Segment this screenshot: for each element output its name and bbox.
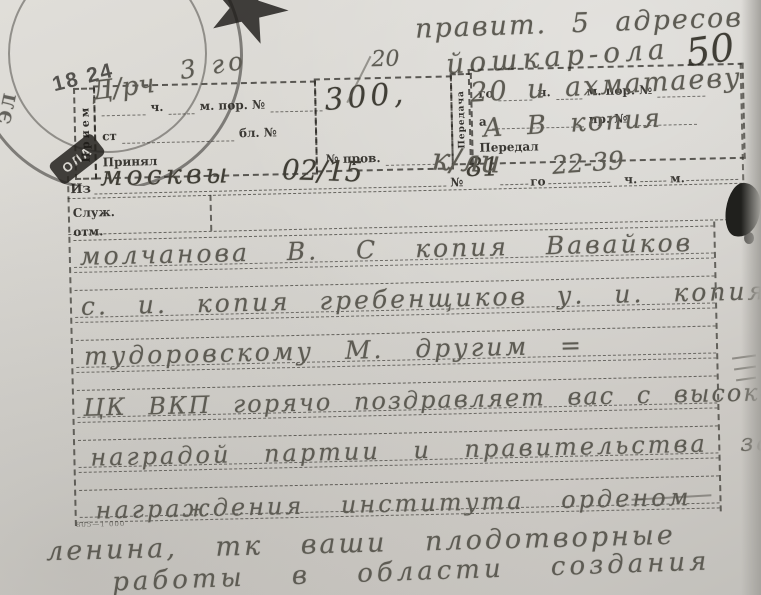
print-run-note: 805—1 000 (76, 520, 126, 529)
service-label-2: отм. (73, 224, 103, 239)
message-line-6: награждения института орденом (95, 483, 692, 525)
from-label: Из (70, 182, 91, 197)
receive-strip-label: Прием (78, 105, 92, 163)
minutes-order-label: м. пор. № (200, 98, 266, 113)
transmit-strip-label: Передача (456, 90, 467, 149)
service-divider (209, 195, 212, 231)
service-label-1: Служ. (73, 205, 115, 220)
blank-underline (122, 129, 234, 144)
receive-row-station: ст бл. № (102, 121, 277, 144)
blank-no-label: бл. № (239, 125, 277, 140)
telegram-scan: 18 24 ОЛА ЭЛ правит. 5 адресов йошкар-ол… (0, 0, 761, 595)
hw-origin-time: 22-39 (551, 146, 625, 180)
hw-origin-city: москвы (100, 158, 232, 192)
message-line-3: тудоровскому М. другим = (84, 330, 585, 370)
origin-underline (686, 179, 738, 181)
origin-underline (640, 181, 666, 183)
blank-underline (386, 153, 436, 166)
origin-row: Из (70, 178, 91, 197)
hw-above-mid: 20 (371, 47, 400, 73)
origin-underline (500, 184, 528, 186)
blank-underline (101, 103, 145, 116)
message-right-border (713, 221, 722, 511)
station-label: ст (102, 129, 117, 143)
right-edge-shade (741, 0, 761, 595)
message-line-5: наградой партии и правительства за (90, 428, 761, 472)
blank-underline (169, 102, 195, 115)
telegram-form: Прием ч. м. пор. № ст бл. № Принял № про… (62, 63, 761, 549)
hours-label: ч. (150, 100, 163, 114)
message-line-4: ЦК ВКП горячо поздравляет вас с высокой (83, 378, 761, 422)
origin-underline (548, 182, 610, 184)
hw-origin-date: 02/15 (281, 153, 363, 188)
hw-origin-mark: к/ли (431, 141, 501, 180)
